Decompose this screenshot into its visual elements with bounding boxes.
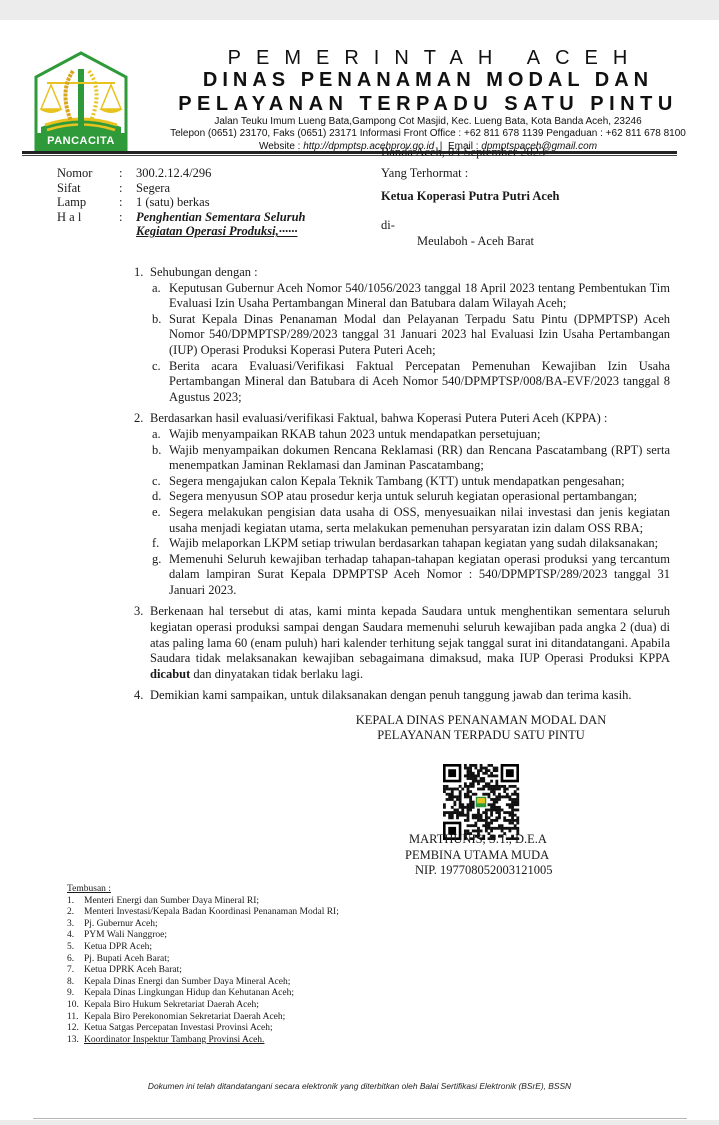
tembusan-item: 1.Menteri Energi dan Sumber Daya Mineral… xyxy=(67,896,339,908)
tembusan-text: Ketua Satgas Percepatan Investasi Provin… xyxy=(84,1023,273,1035)
signature-title-line1: KEPALA DINAS PENANAMAN MODAL DAN xyxy=(340,713,622,728)
tembusan-text: Ketua DPR Aceh; xyxy=(84,942,152,954)
tembusan-text: Kepala Dinas Energi dan Sumber Daya Mine… xyxy=(84,977,290,989)
letter-body: 1. Sehubungan dengan : a.Keputusan Guber… xyxy=(134,265,670,710)
tembusan-number: 10. xyxy=(67,1000,84,1012)
tembusan-item: 7.Ketua DPRK Aceh Barat; xyxy=(67,965,339,977)
tembusan-list: Tembusan : 1.Menteri Energi dan Sumber D… xyxy=(67,884,339,1046)
recipient-di: di- xyxy=(381,218,395,233)
letterhead-divider-thick xyxy=(22,151,677,154)
tembusan-number: 11. xyxy=(67,1012,84,1024)
tembusan-item: 11.Kepala Biro Perekonomian Sekretariat … xyxy=(67,1012,339,1024)
tembusan-item: 10.Kepala Biro Hukum Sekretariat Daerah … xyxy=(67,1000,339,1012)
tembusan-number: 2. xyxy=(67,907,84,919)
lamp-value: 1 (satu) berkas xyxy=(136,195,210,210)
signer-name: MARTHUNIS, S.T., D.E.A xyxy=(409,832,553,848)
paragraph-intro: Sehubungan dengan : xyxy=(150,265,670,281)
paragraph-2: 2. Berdasarkan hasil evaluasi/verifikasi… xyxy=(134,411,670,598)
letterhead-government: PEMERINTAH ACEH xyxy=(164,47,706,69)
tembusan-number: 4. xyxy=(67,930,84,942)
list-text: Surat Kepala Dinas Penanaman Modal dan P… xyxy=(169,312,670,359)
paragraph-number: 4. xyxy=(134,688,150,704)
tembusan-number: 1. xyxy=(67,896,84,908)
sifat-value: Segera xyxy=(136,181,170,196)
letterhead-divider-thin xyxy=(22,155,677,156)
list-text: Wajib menyampaikan RKAB tahun 2023 untuk… xyxy=(169,427,670,443)
list-letter: e. xyxy=(152,505,169,536)
signature-title: KEPALA DINAS PENANAMAN MODAL DAN PELAYAN… xyxy=(340,713,622,743)
list-item: d.Segera menyusun SOP atau prosedur kerj… xyxy=(150,489,670,505)
colon: : xyxy=(119,166,136,181)
letterhead-address: Jalan Teuku Imum Lueng Bata,Gampong Cot … xyxy=(150,116,706,128)
list-item: g.Memenuhi Seluruh kewajiban terhadap ta… xyxy=(150,552,670,599)
colon: : xyxy=(119,195,136,210)
website-label: Website : xyxy=(259,141,303,152)
tembusan-text: Ketua DPRK Aceh Barat; xyxy=(84,965,182,977)
paragraph-intro: Berdasarkan hasil evaluasi/verifikasi Fa… xyxy=(150,411,670,427)
paragraph-4: 4. Demikian kami sampaikan, untuk dilaks… xyxy=(134,688,670,704)
nomor-value: 300.2.12.4/296 xyxy=(136,166,211,181)
hal-value-line1: Penghentian Sementara Seluruh xyxy=(136,210,306,225)
list-item: c.Segera mengajukan calon Kepala Teknik … xyxy=(150,474,670,490)
paragraph-number: 1. xyxy=(134,265,150,405)
recipient-name: Ketua Koperasi Putra Putri Aceh xyxy=(381,189,559,204)
list-item: a.Wajib menyampaikan RKAB tahun 2023 unt… xyxy=(150,427,670,443)
list-item: f.Wajib melaporkan LKPM setiap triwulan … xyxy=(150,536,670,552)
tembusan-item: 4.PYM Wali Nanggroe; xyxy=(67,930,339,942)
tembusan-item: 3.Pj. Gubernur Aceh; xyxy=(67,919,339,931)
list-letter: b. xyxy=(152,443,169,474)
tembusan-number: 8. xyxy=(67,977,84,989)
list-text: Memenuhi Seluruh kewajiban terhadap taha… xyxy=(169,552,670,599)
tembusan-item: 12.Ketua Satgas Percepatan Investasi Pro… xyxy=(67,1023,339,1035)
paragraph-text: dan dinyatakan tidak berlaku lagi. xyxy=(190,667,363,681)
signer-nip: NIP. 197708052003121005 xyxy=(415,863,553,879)
list-letter: a. xyxy=(152,427,169,443)
tembusan-text: Menteri Investasi/Kepala Badan Koordinas… xyxy=(84,907,339,919)
paragraph-number: 3. xyxy=(134,604,150,682)
tembusan-item: 9.Kepala Dinas Lingkungan Hidup dan Kehu… xyxy=(67,988,339,1000)
letterhead-phones: Telepon (0651) 23170, Faks (0651) 23171 … xyxy=(110,128,719,140)
letterhead-agency-line1: DINAS PENANAMAN MODAL DAN xyxy=(150,69,706,92)
list-text: Berita acara Evaluasi/Verifikasi Faktual… xyxy=(169,359,670,406)
list-letter: c. xyxy=(152,359,169,406)
signature-title-line2: PELAYANAN TERPADU SATU PINTU xyxy=(340,728,622,743)
list-letter: b. xyxy=(152,312,169,359)
letter-page: PANCACITA PEMERINTAH ACEH DINAS PENANAMA… xyxy=(0,20,719,1120)
paragraph-text: Berkenaan hal tersebut di atas, kami min… xyxy=(150,604,670,665)
list-item: a.Keputusan Gubernur Aceh Nomor 540/1056… xyxy=(150,281,670,312)
nomor-label: Nomor xyxy=(57,166,119,181)
list-text: Segera mengajukan calon Kepala Teknik Ta… xyxy=(169,474,670,490)
tembusan-item: 2.Menteri Investasi/Kepala Badan Koordin… xyxy=(67,907,339,919)
paragraph-text: Demikian kami sampaikan, untuk dilaksana… xyxy=(150,688,670,704)
list-item: e.Segera melakukan pengisian data usaha … xyxy=(150,505,670,536)
qr-code-icon xyxy=(442,764,520,840)
list-letter: a. xyxy=(152,281,169,312)
tembusan-text: Kepala Dinas Lingkungan Hidup dan Kehuta… xyxy=(84,988,294,1000)
sifat-label: Sifat xyxy=(57,181,119,196)
tembusan-text: Pj. Bupati Aceh Barat; xyxy=(84,954,170,966)
list-letter: g. xyxy=(152,552,169,599)
letterhead-agency-line2: PELAYANAN TERPADU SATU PINTU xyxy=(150,92,706,116)
tembusan-number: 5. xyxy=(67,942,84,954)
paragraph-1: 1. Sehubungan dengan : a.Keputusan Guber… xyxy=(134,265,670,405)
signer-rank: PEMBINA UTAMA MUDA xyxy=(405,848,553,864)
letter-meta: Nomor:300.2.12.4/296 Sifat:Segera Lamp:1… xyxy=(57,166,306,239)
list-text: Wajib menyampaikan dokumen Rencana Rekla… xyxy=(169,443,670,474)
list-item: b.Wajib menyampaikan dokumen Rencana Rek… xyxy=(150,443,670,474)
tembusan-text: PYM Wali Nanggroe; xyxy=(84,930,167,942)
tembusan-text: Kepala Biro Hukum Sekretariat Daerah Ace… xyxy=(84,1000,259,1012)
lamp-label: Lamp xyxy=(57,195,119,210)
colon: : xyxy=(119,210,136,225)
letterhead: PEMERINTAH ACEH DINAS PENANAMAN MODAL DA… xyxy=(150,47,706,153)
paragraph-emphasis: dicabut xyxy=(150,667,190,681)
tembusan-text: Menteri Energi dan Sumber Daya Mineral R… xyxy=(84,896,259,908)
list-text: Segera menyusun SOP atau prosedur kerja … xyxy=(169,489,670,505)
tembusan-item: 13.Koordinator Inspektur Tambang Provins… xyxy=(67,1035,339,1047)
tembusan-number: 3. xyxy=(67,919,84,931)
list-text: Segera melakukan pengisian data usaha di… xyxy=(169,505,670,536)
tembusan-number: 7. xyxy=(67,965,84,977)
tembusan-number: 6. xyxy=(67,954,84,966)
tembusan-item: 8.Kepala Dinas Energi dan Sumber Daya Mi… xyxy=(67,977,339,989)
list-item: b.Surat Kepala Dinas Penanaman Modal dan… xyxy=(150,312,670,359)
esign-notice: Dokumen ini telah ditandatangani secara … xyxy=(0,1081,719,1091)
hal-value-line2: Kegiatan Operasi Produksi,······ xyxy=(136,224,297,239)
tembusan-text: Koordinator Inspektur Tambang Provinsi A… xyxy=(84,1035,264,1047)
tembusan-number: 12. xyxy=(67,1023,84,1035)
list-text: Keputusan Gubernur Aceh Nomor 540/1056/2… xyxy=(169,281,670,312)
list-letter: f. xyxy=(152,536,169,552)
list-text: Wajib melaporkan LKPM setiap triwulan be… xyxy=(169,536,670,552)
tembusan-item: 5.Ketua DPR Aceh; xyxy=(67,942,339,954)
tembusan-text: Pj. Gubernur Aceh; xyxy=(84,919,158,931)
list-item: c.Berita acara Evaluasi/Verifikasi Faktu… xyxy=(150,359,670,406)
salutation: Yang Terhormat : xyxy=(381,166,468,181)
hal-label: H a l xyxy=(57,210,119,225)
recipient-location: Meulaboh - Aceh Barat xyxy=(417,234,534,249)
colon: : xyxy=(119,181,136,196)
tembusan-title: Tembusan : xyxy=(67,884,339,896)
tembusan-text: Kepala Biro Perekonomian Sekretariat Dae… xyxy=(84,1012,285,1024)
list-letter: d. xyxy=(152,489,169,505)
tembusan-number: 13. xyxy=(67,1035,84,1047)
tembusan-item: 6.Pj. Bupati Aceh Barat; xyxy=(67,954,339,966)
tembusan-number: 9. xyxy=(67,988,84,1000)
paragraph-3: 3. Berkenaan hal tersebut di atas, kami … xyxy=(134,604,670,682)
paragraph-number: 2. xyxy=(134,411,150,598)
page-bottom-border xyxy=(33,1118,687,1119)
place-date: Banda Aceh, 04 September 2023 xyxy=(381,145,545,160)
list-letter: c. xyxy=(152,474,169,490)
signer: MARTHUNIS, S.T., D.E.A PEMBINA UTAMA MUD… xyxy=(405,832,553,879)
